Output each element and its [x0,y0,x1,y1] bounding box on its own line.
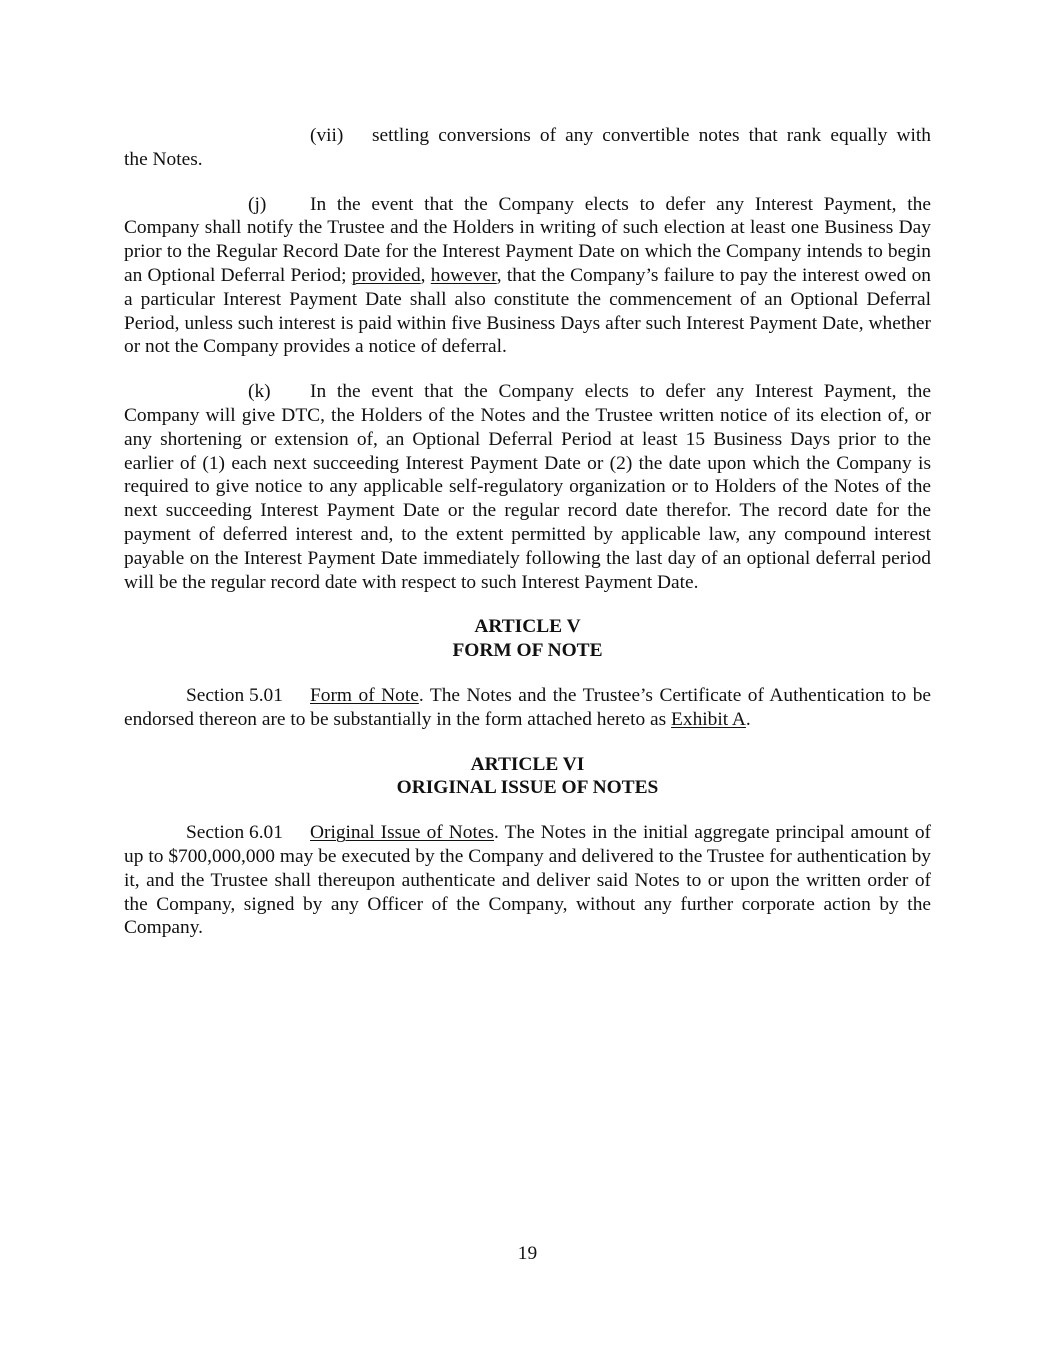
section-5-01-number: Section 5.01 [186,684,310,708]
article-vi-subtitle: ORIGINAL ISSUE OF NOTES [124,776,931,800]
article-v-title: ARTICLE V [124,615,931,639]
page-number: 19 [0,1242,1055,1266]
term-however: however [431,265,497,286]
paragraph-j: (j)In the event that the Company elects … [124,193,931,360]
paragraph-k: (k)In the event that the Company elects … [124,380,931,594]
section-6-01: Section 6.01Original Issue of Notes. The… [124,821,931,940]
item-vii-text: settling conversions of any convertible … [372,125,931,146]
section-5-01-title: Form of Note [310,685,419,706]
exhibit-a-reference: Exhibit A [671,709,746,730]
article-vi-title: ARTICLE VI [124,753,931,777]
section-6-01-title: Original Issue of Notes [310,822,494,843]
item-vii-first-line: (vii)settling conversions of any convert… [124,124,931,148]
separator: , [421,265,431,286]
paragraph-j-number: (j) [248,193,310,217]
article-v-subtitle: FORM OF NOTE [124,639,931,663]
section-6-01-number: Section 6.01 [186,821,310,845]
paragraph-k-number: (k) [248,380,310,404]
section-5-01: Section 5.01Form of Note. The Notes and … [124,684,931,732]
section-5-01-text-2: . [746,709,751,730]
item-vii-number: (vii) [310,124,372,148]
item-vii-continuation: the Notes. [124,148,931,172]
paragraph-k-text: In the event that the Company elects to … [124,381,931,592]
term-provided: provided [352,265,421,286]
document-page: (vii)settling conversions of any convert… [124,124,931,940]
